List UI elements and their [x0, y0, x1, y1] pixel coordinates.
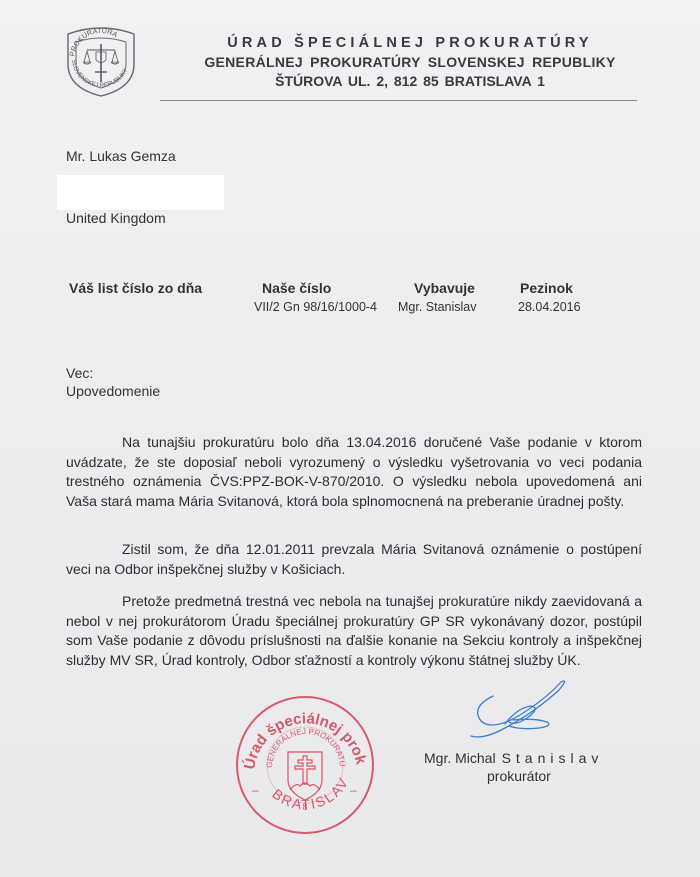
- redacted-address-block: [57, 175, 224, 210]
- recipient-name: Mr. Lukas Gemza: [66, 148, 176, 164]
- office-parent: GENERÁLNEJ PROKURATÚRY SLOVENSKEJ REPUBL…: [175, 53, 645, 72]
- your-ref-label: Váš list číslo zo dňa: [69, 280, 202, 296]
- body-paragraph: Pretože predmetná trestná vec nebola na …: [66, 592, 642, 670]
- official-stamp: Úrad špeciálnej prokuratúry GENERÁLNEJ P…: [232, 692, 377, 837]
- office-name: ÚRAD ŠPECIÁLNEJ PROKURATÚRY: [175, 34, 645, 53]
- slovak-coat-of-arms-icon: [288, 752, 322, 800]
- our-ref-label: Naše číslo: [262, 280, 331, 296]
- signatory-name: Mgr. MichalStanislav: [424, 750, 603, 766]
- body-paragraph: Na tunajšiu prokuratúru bolo dňa 13.04.2…: [66, 433, 642, 511]
- svg-text:8: 8: [302, 802, 307, 812]
- letter-date: 28.04.2016: [518, 300, 581, 314]
- place-label: Pezinok: [520, 280, 573, 296]
- prosecution-emblem-icon: PROKURATÚRA SLOVENSKEJ REPUBLIKY: [62, 20, 140, 98]
- letter-page: PROKURATÚRA SLOVENSKEJ REPUBLIKY ÚRAD ŠP…: [0, 0, 700, 877]
- subject-label: Vec:: [66, 365, 93, 381]
- recipient-country: United Kingdom: [66, 210, 166, 226]
- body-paragraph: Zistil som, že dňa 12.01.2011 prevzala M…: [66, 540, 642, 579]
- office-address: ŠTÚROVA UL. 2, 812 85 BRATISLAVA 1: [175, 72, 645, 91]
- handled-by-value: Mgr. Stanislav: [398, 300, 477, 314]
- letterhead: ÚRAD ŠPECIÁLNEJ PROKURATÚRY GENERÁLNEJ P…: [175, 34, 645, 91]
- svg-text:–: –: [252, 783, 259, 797]
- letterhead-divider: [160, 100, 637, 101]
- signatory-title: prokurátor: [487, 768, 551, 784]
- handwritten-signature-icon: [465, 678, 575, 748]
- our-ref-value: VII/2 Gn 98/16/1000-4: [254, 300, 377, 314]
- svg-text:–: –: [350, 783, 357, 797]
- svg-text:SLOVENSKEJ REPUBLIKY: SLOVENSKEJ REPUBLIKY: [70, 59, 129, 89]
- handled-by-label: Vybavuje: [414, 280, 475, 296]
- subject-value: Upovedomenie: [66, 383, 160, 399]
- svg-text:PROKURATÚRA: PROKURATÚRA: [67, 26, 119, 57]
